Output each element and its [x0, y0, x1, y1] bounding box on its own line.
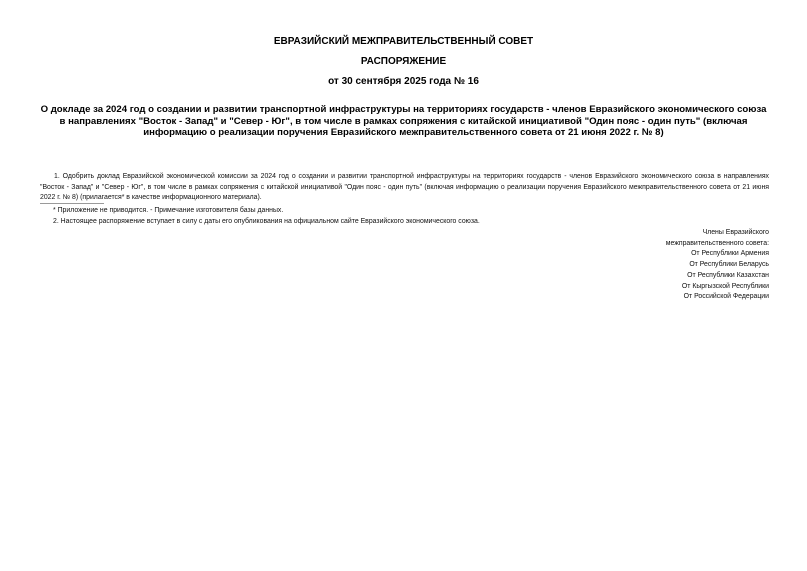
signatory-russia: От Российской Федерации	[666, 292, 769, 303]
footnote: * Приложение не приводится. - Примечание…	[53, 206, 283, 217]
document-type-heading: РАСПОРЯЖЕНИЕ	[0, 56, 807, 68]
footnote-divider	[40, 203, 104, 204]
signatory-kazakhstan: От Республики Казахстан	[666, 271, 769, 282]
document-page: ЕВРАЗИЙСКИЙ МЕЖПРАВИТЕЛЬСТВЕННЫЙ СОВЕТ Р…	[0, 0, 807, 571]
paragraph-1: 1. Одобрить доклад Евразийской экономиче…	[40, 172, 769, 204]
document-title: О докладе за 2024 год о создании и разви…	[40, 104, 767, 139]
signatory-armenia: От Республики Армения	[666, 249, 769, 260]
signatories-heading-line-2: межправительственного совета:	[666, 239, 769, 250]
document-date-number: от 30 сентября 2025 года № 16	[0, 76, 807, 88]
signatory-kyrgyzstan: От Кыргызской Республики	[666, 282, 769, 293]
signatories-block: Члены Евразийского межправительственного…	[666, 228, 769, 303]
organization-heading: ЕВРАЗИЙСКИЙ МЕЖПРАВИТЕЛЬСТВЕННЫЙ СОВЕТ	[0, 36, 807, 48]
paragraph-2: 2. Настоящее распоряжение вступает в сил…	[53, 217, 480, 228]
signatories-heading-line-1: Члены Евразийского	[666, 228, 769, 239]
signatory-belarus: От Республики Беларусь	[666, 260, 769, 271]
